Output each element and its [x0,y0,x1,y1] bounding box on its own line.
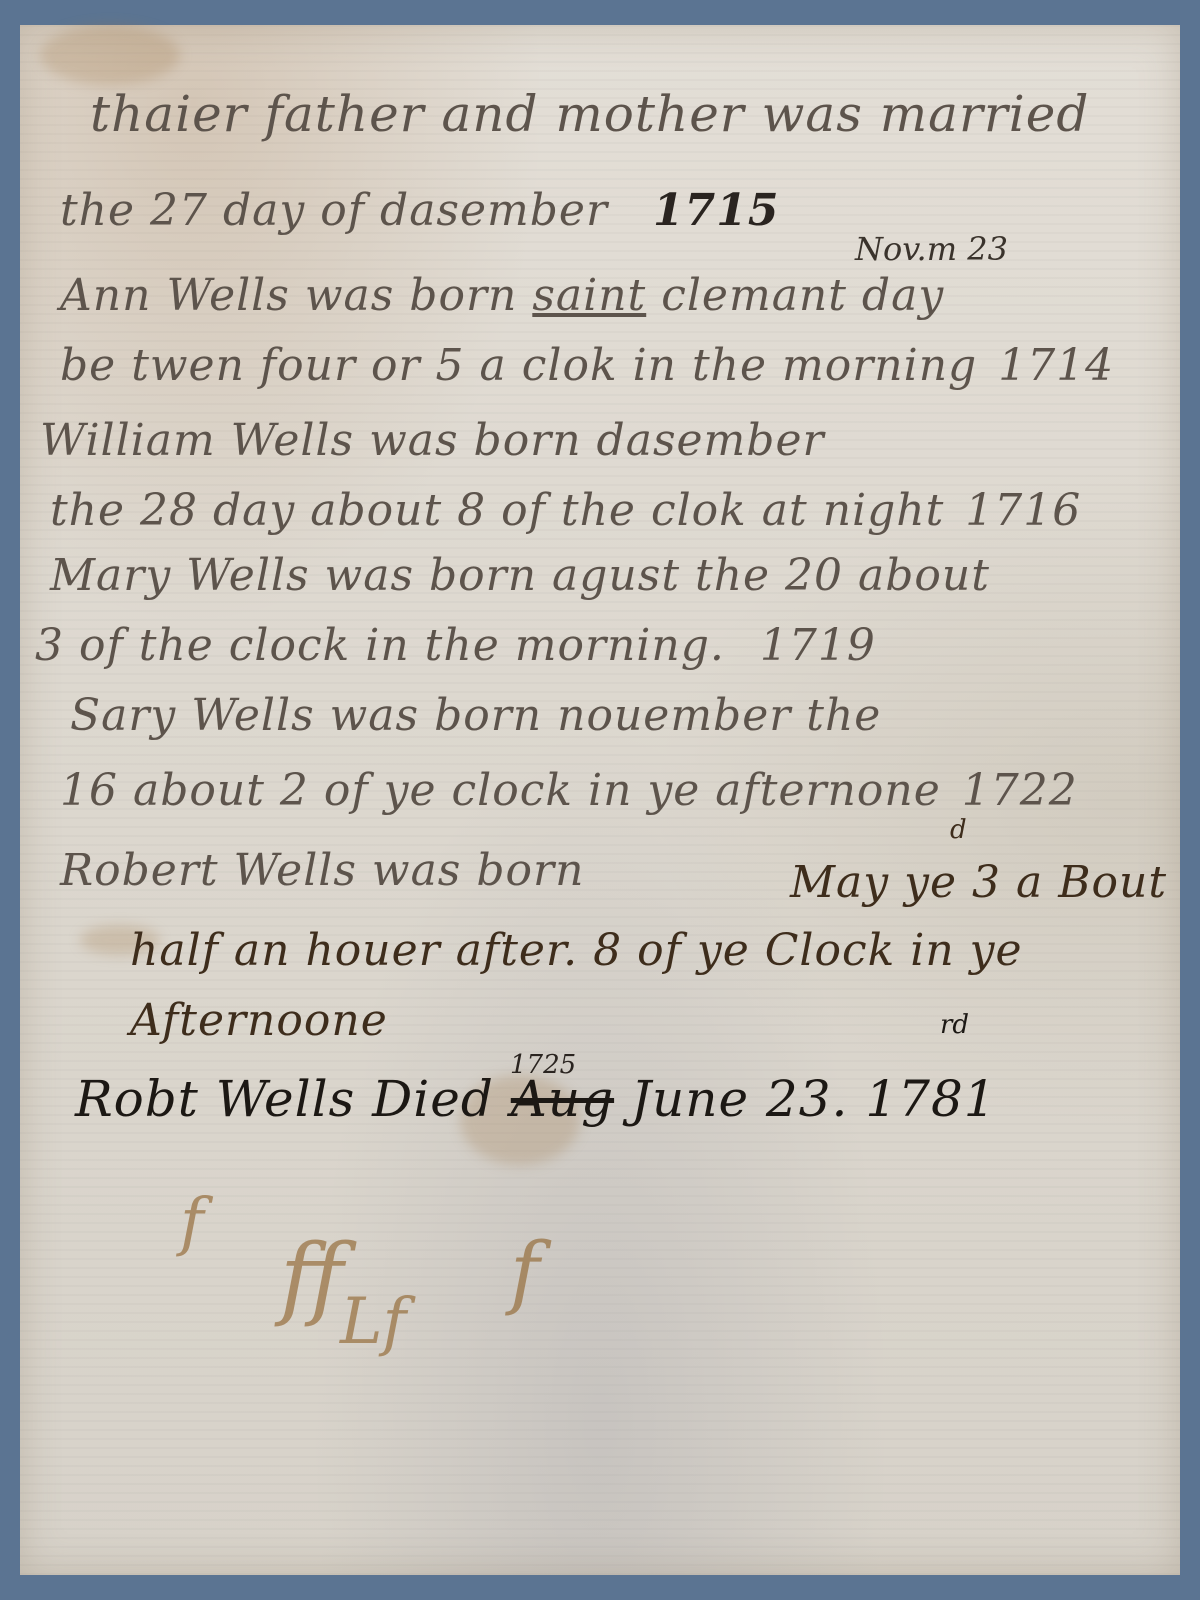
date-annotation: Nov.m 23 [855,230,1008,268]
record-line-7: Mary Wells was born agust the 20 about [50,550,990,601]
line-text: Robert Wells was born [60,845,584,896]
ordinal-superscript: rd [940,1010,969,1040]
age-stain [40,25,180,85]
line-text: Sary Wells was born nouember the [70,690,881,741]
line-text: Afternoone [130,995,388,1046]
line-text: Robt Wells Died [75,1070,494,1128]
faded-scribble: ff [280,1225,344,1330]
record-line-1: thaier father and mother was married [90,85,1089,143]
struck-word: Aug [511,1070,614,1128]
line-text: June 23. 1781 [631,1070,997,1128]
line-text: Ann Wells was born [60,270,517,321]
record-line-5: William Wells was born dasember [40,415,825,466]
line-text: half an houer after. 8 of ye Clock in ye [130,925,1023,976]
line-text: the 28 day about 8 of the clok at night [50,485,944,536]
line-text: clemant day [661,270,944,321]
birth-year: 1719 [760,620,876,671]
line-text: the 27 day of dasember [60,185,608,236]
record-line-6: the 28 day about 8 of the clok at night … [50,485,1081,536]
record-line-14: Robt Wells Died Aug June 23. 1781 [75,1070,997,1128]
faded-scribble: Lf [340,1285,406,1359]
line-text: May ye 3 a Bout [790,857,1167,908]
marriage-year: 1715 [653,185,779,236]
birth-year: 1714 [998,340,1114,391]
line-text: thaier father and mother was married [90,85,1089,143]
record-line-9: Sary Wells was born nouember the [70,690,881,741]
underlined-word: saint [532,270,646,321]
birth-year: 1716 [965,485,1081,536]
line-text: be twen four or 5 a clok in the morning [60,340,977,391]
line-text: 16 about 2 of ye clock in ye afternone [60,765,941,816]
ordinal-superscript: d [950,815,967,845]
faded-scribble: f [180,1185,204,1259]
record-line-8: 3 of the clock in the morning. 1719 [35,620,876,671]
record-line-3: Ann Wells was born saint clemant day [60,270,944,321]
record-line-11: Robert Wells was born [60,845,584,896]
record-line-10: 16 about 2 of ye clock in ye afternone 1… [60,765,1078,816]
birth-date-insert: May ye 3 a Bout [790,857,1167,908]
document-page: thaier father and mother was married the… [20,25,1180,1575]
faded-scribble: f [510,1225,540,1318]
record-line-2: the 27 day of dasember 1715 [60,185,779,236]
line-text: 3 of the clock in the morning. [35,620,725,671]
record-line-12: half an houer after. 8 of ye Clock in ye [130,925,1023,976]
record-line-4: be twen four or 5 a clok in the morning … [60,340,1114,391]
line-text: Mary Wells was born agust the 20 about [50,550,990,601]
birth-year: 1722 [962,765,1078,816]
record-line-13: Afternoone [130,995,388,1046]
line-text: William Wells was born dasember [40,415,825,466]
